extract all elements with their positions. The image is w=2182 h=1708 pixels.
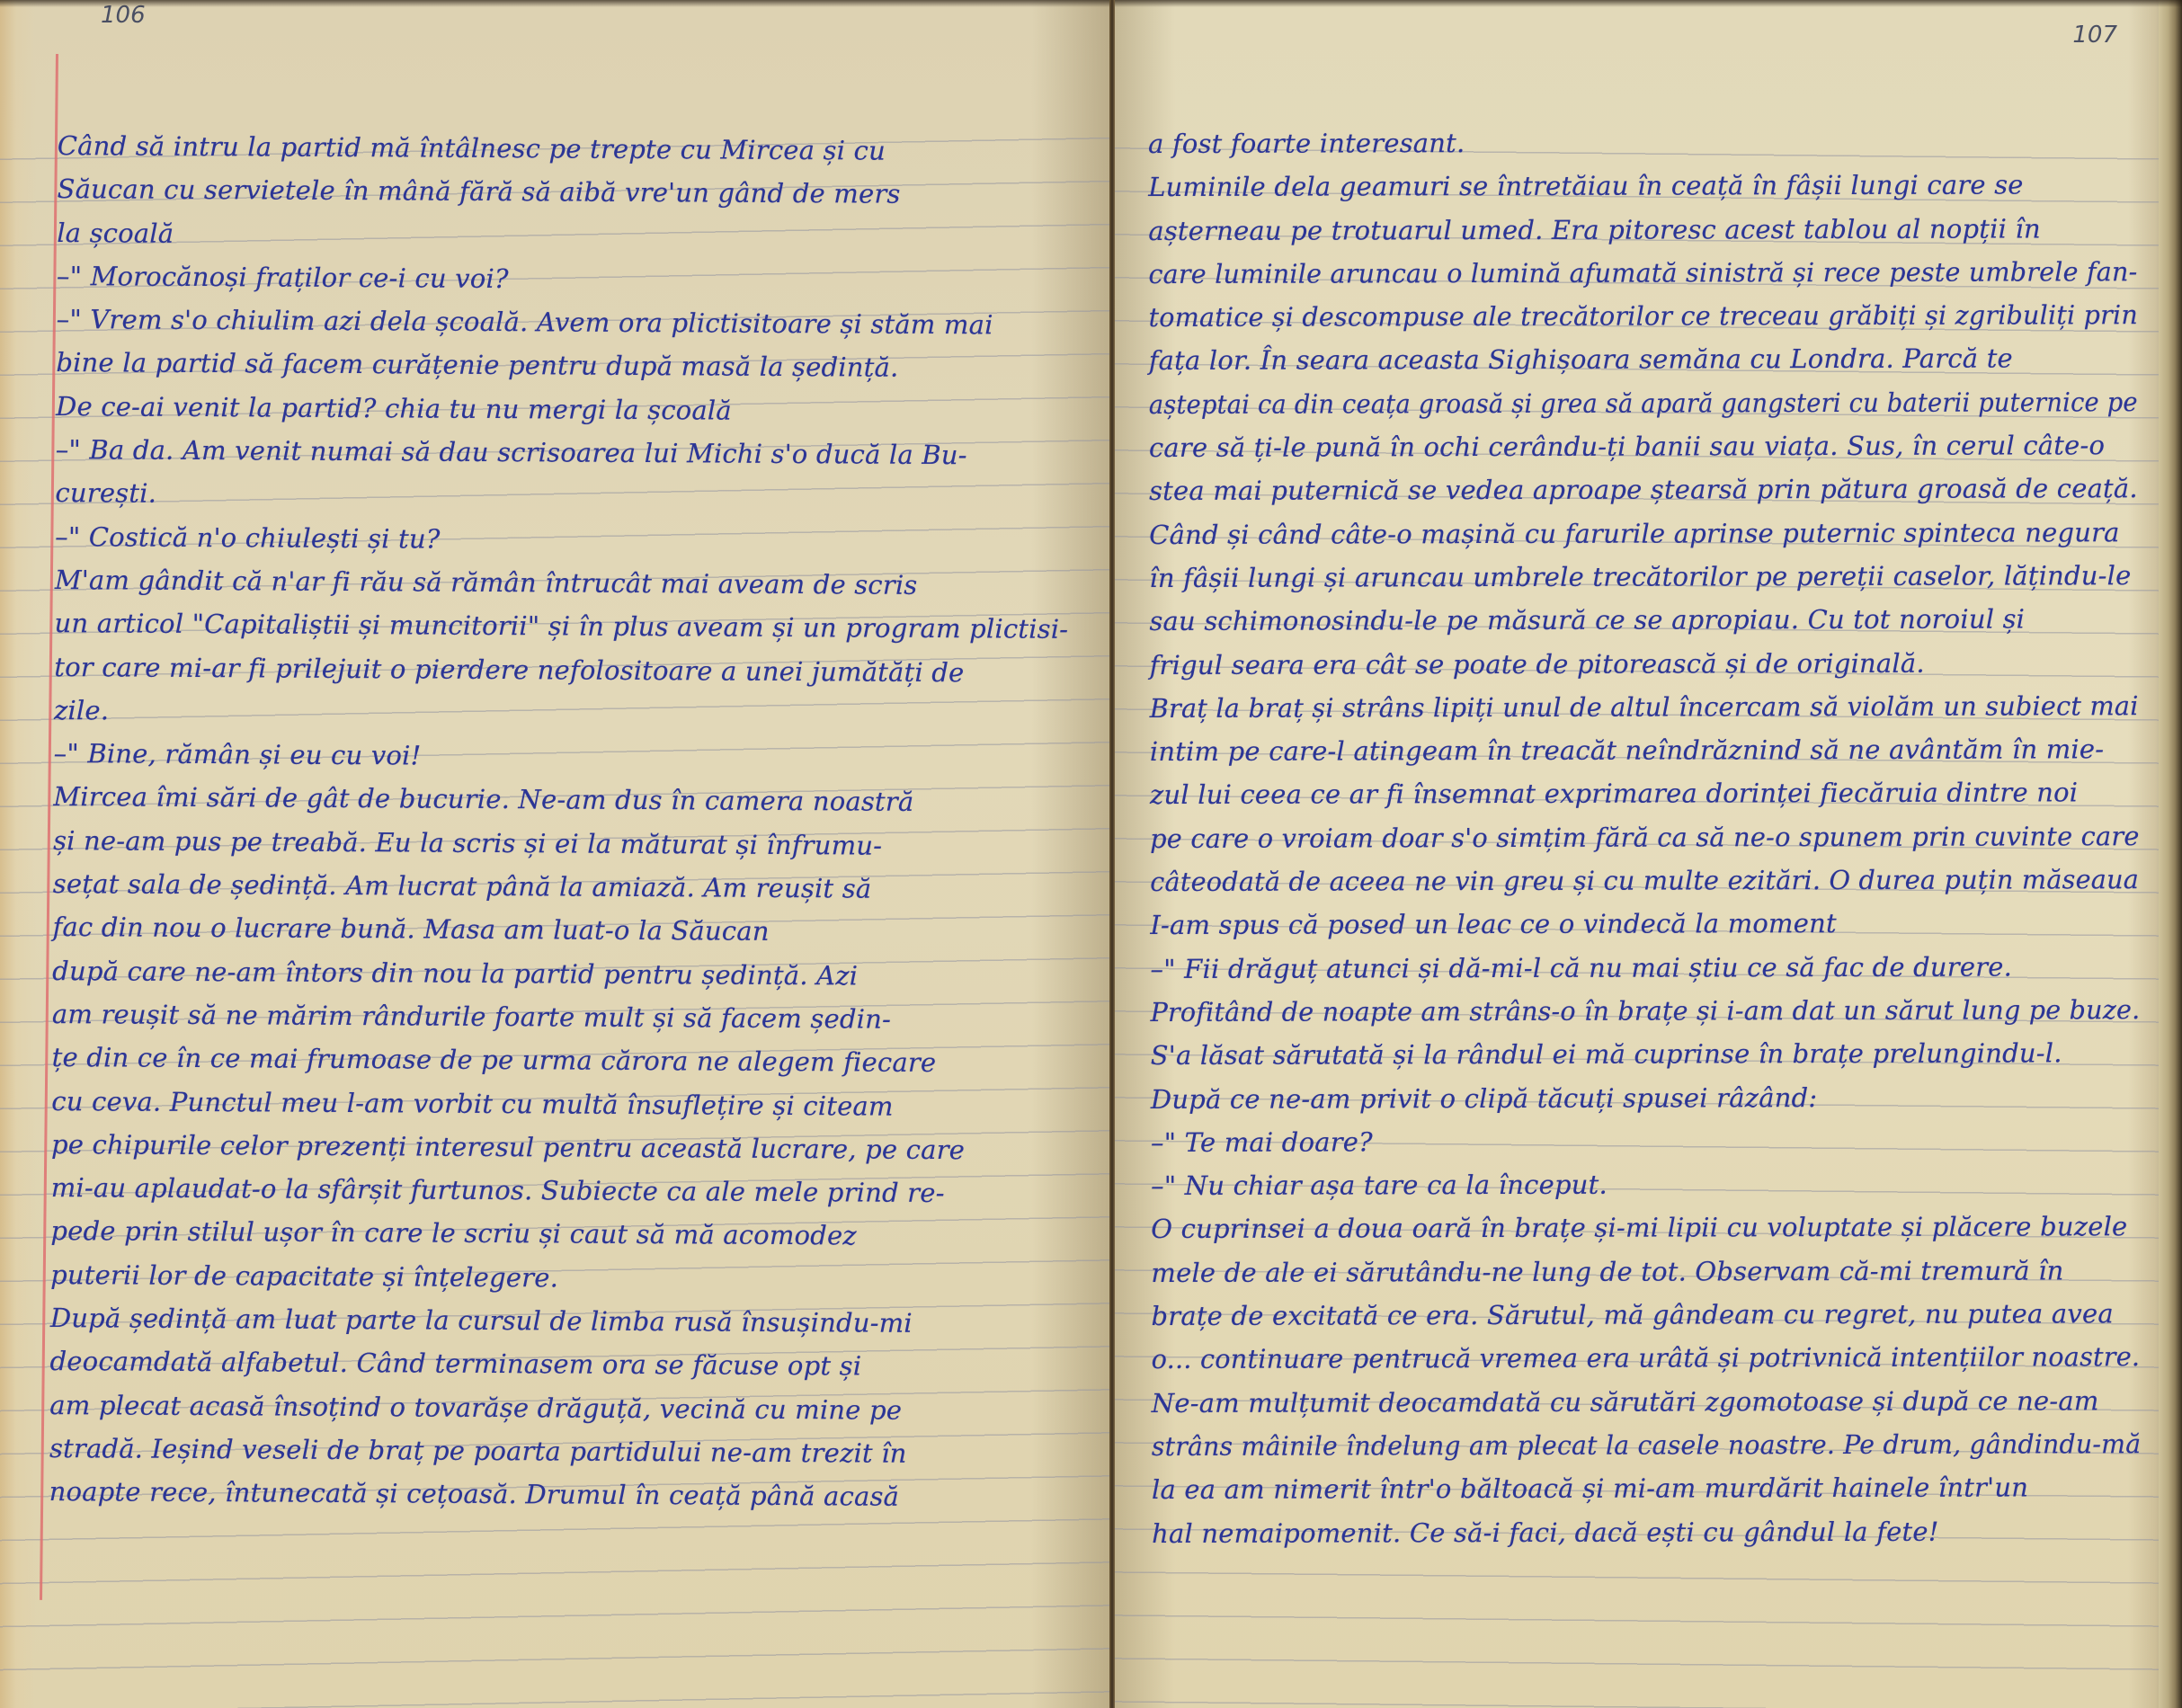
- right-page: 107 a fost foarte interesant.Luminile de…: [1112, 0, 2182, 1708]
- text-line: După ce ne-am privit o clipă tăcuți spus…: [1151, 1075, 2140, 1121]
- text-line: o... continuare pentrucă vremea era urât…: [1152, 1335, 2132, 1381]
- text-line: Braț la braț și strâns lipiți unul de al…: [1150, 684, 2130, 730]
- text-line: stea mai puternică se vedea aproape ștea…: [1149, 467, 2138, 512]
- text-line: –" Morocănoși fraților ce-i cu voi?: [57, 254, 1075, 304]
- text-line: I-am spus că posed un leac ce o vindecă …: [1150, 901, 2139, 947]
- text-line: pede prin stilul ușor în care le scriu ș…: [50, 1209, 1069, 1259]
- text-line: curești.: [55, 471, 1073, 520]
- text-line: Mircea îmi sări de gât de bucurie. Ne-am…: [53, 775, 1072, 824]
- text-line: fața lor. În seara aceasta Sighișoara se…: [1149, 337, 2138, 383]
- text-line: am plecat acasă însoțind o tovarășe drăg…: [49, 1383, 1068, 1433]
- text-line: tor care mi-ar fi prilejuit o pierdere n…: [54, 645, 1073, 695]
- text-line: Ne-am mulțumit deocamdată cu sărutări zg…: [1152, 1379, 2141, 1425]
- text-line: brațe de excitată ce era. Sărutul, mă gâ…: [1151, 1292, 2140, 1338]
- text-line: după care ne-am întors din nou la partid…: [52, 949, 1071, 999]
- text-line: așteptai ca din ceața groasă și grea să …: [1149, 380, 2080, 426]
- text-line: După ședință am luat parte la cursul de …: [50, 1296, 1069, 1346]
- text-line: tomatice și descompuse ale trecătorilor …: [1149, 293, 2124, 339]
- text-line: noapte rece, întunecată și cețoasă. Drum…: [49, 1470, 1068, 1519]
- text-line: strâns mâinile îndelung am plecat la cas…: [1152, 1422, 2119, 1468]
- text-line: Săucan cu servietele în mână fără să aib…: [57, 167, 1075, 217]
- text-line: un articol "Capitaliștii și muncitorii" …: [54, 601, 1073, 651]
- text-line: mi-au aplaudat-o la sfârșit furtunos. Su…: [51, 1166, 1070, 1215]
- text-line: bine la partid să facem curățenie pentru…: [56, 341, 1074, 390]
- text-line: Profitând de noapte am strâns-o în brațe…: [1151, 988, 2126, 1034]
- text-line: mele de ale ei sărutându-ne lung de tot.…: [1151, 1249, 2140, 1294]
- text-line: și ne-am pus pe treabă. Eu la scris și e…: [53, 819, 1072, 868]
- text-line: țe din ce în ce mai frumoase de pe urma …: [52, 1036, 1071, 1085]
- text-line: Când să intru la partid mă întâlnesc pe …: [58, 124, 1076, 173]
- text-line: a fost foarte interesant.: [1148, 120, 2137, 165]
- text-line: –" Vrem s'o chiulim azi dela școală. Ave…: [57, 298, 1075, 347]
- text-line: așterneau pe trotuarul umed. Era pitores…: [1148, 207, 2137, 253]
- text-line: care să ți-le pună în ochi cerându-ți ba…: [1149, 423, 2138, 469]
- text-line: M'am gândit că n'ar fi rău să rămân într…: [55, 558, 1073, 608]
- text-line: la școală: [57, 211, 1075, 261]
- text-line: –" Te mai doare?: [1151, 1118, 2140, 1164]
- text-line: Luminile dela geamuri se întretăiau în c…: [1148, 163, 2137, 209]
- page-number: 107: [2072, 22, 2117, 49]
- notebook-spread: 106 Când să intru la partid mă întâlnesc…: [0, 0, 2182, 1708]
- text-line: fac din nou o lucrare bună. Masa am luat…: [52, 905, 1071, 955]
- text-line: puterii lor de capacitate și înțelegere.: [50, 1253, 1069, 1303]
- text-line: în fâșii lungi și aruncau umbrele trecăt…: [1149, 554, 2138, 600]
- page-edge: [2159, 0, 2182, 1708]
- text-line: pe chipurile celor prezenți interesul pe…: [51, 1123, 1070, 1172]
- left-page: 106 Când să intru la partid mă întâlnesc…: [0, 0, 1112, 1708]
- handwritten-text: a fost foarte interesant.Luminile dela g…: [1148, 120, 2141, 1555]
- text-line: pe care o vroiam doar s'o simțim fără ca…: [1150, 814, 2133, 860]
- text-line: deocamdată alfabetul. Când terminasem or…: [49, 1339, 1068, 1389]
- text-line: –" Costică n'o chiulești și tu?: [55, 515, 1073, 565]
- text-line: cu ceva. Punctul meu l-am vorbit cu mult…: [51, 1080, 1070, 1129]
- text-line: Când și când câte-o mașină cu farurile a…: [1149, 511, 2138, 556]
- text-line: –" Bine, rămân și eu cu voi!: [54, 732, 1073, 781]
- text-line: zul lui ceea ce ar fi însemnat exprimare…: [1150, 771, 2139, 817]
- text-line: O cuprinsei a doua oară în brațe și-mi l…: [1151, 1205, 2140, 1251]
- text-line: zile.: [54, 689, 1073, 738]
- text-line: sau schimonosindu-le pe măsură ce se apr…: [1149, 597, 2138, 643]
- text-line: stradă. Ieșind veseli de braț pe poarta …: [49, 1427, 1068, 1476]
- text-line: câteodată de aceea ne vin greu și cu mul…: [1150, 858, 2129, 903]
- text-line: –" Fii drăguț atunci și dă-mi-l că nu ma…: [1150, 945, 2139, 991]
- top-shadow: [0, 0, 2182, 7]
- text-line: S'a lăsat sărutată și la rândul ei mă cu…: [1151, 1031, 2140, 1077]
- handwritten-text: Când să intru la partid mă întâlnesc pe …: [49, 124, 1076, 1519]
- text-line: De ce-ai venit la partid? chia tu nu mer…: [56, 385, 1074, 434]
- text-line: sețat sala de ședință. Am lucrat până la…: [53, 862, 1072, 912]
- text-line: intim pe care-l atingeam în treacăt neîn…: [1150, 727, 2139, 773]
- text-line: la ea am nimerit într'o băltoacă și mi-a…: [1152, 1465, 2141, 1511]
- text-line: am reușit să ne mărim rândurile foarte m…: [52, 992, 1071, 1042]
- text-line: hal nemaipomenit. Ce să-i faci, dacă eșt…: [1152, 1509, 2141, 1555]
- text-line: care luminile aruncau o lumină afumată s…: [1148, 250, 2124, 296]
- binding-gutter: [1109, 0, 1115, 1708]
- text-line: –" Ba da. Am venit numai să dau scrisoar…: [56, 428, 1074, 477]
- text-line: frigul seara era cât se poate de pitorea…: [1150, 641, 2139, 687]
- text-line: –" Nu chiar așa tare ca la început.: [1151, 1161, 2140, 1207]
